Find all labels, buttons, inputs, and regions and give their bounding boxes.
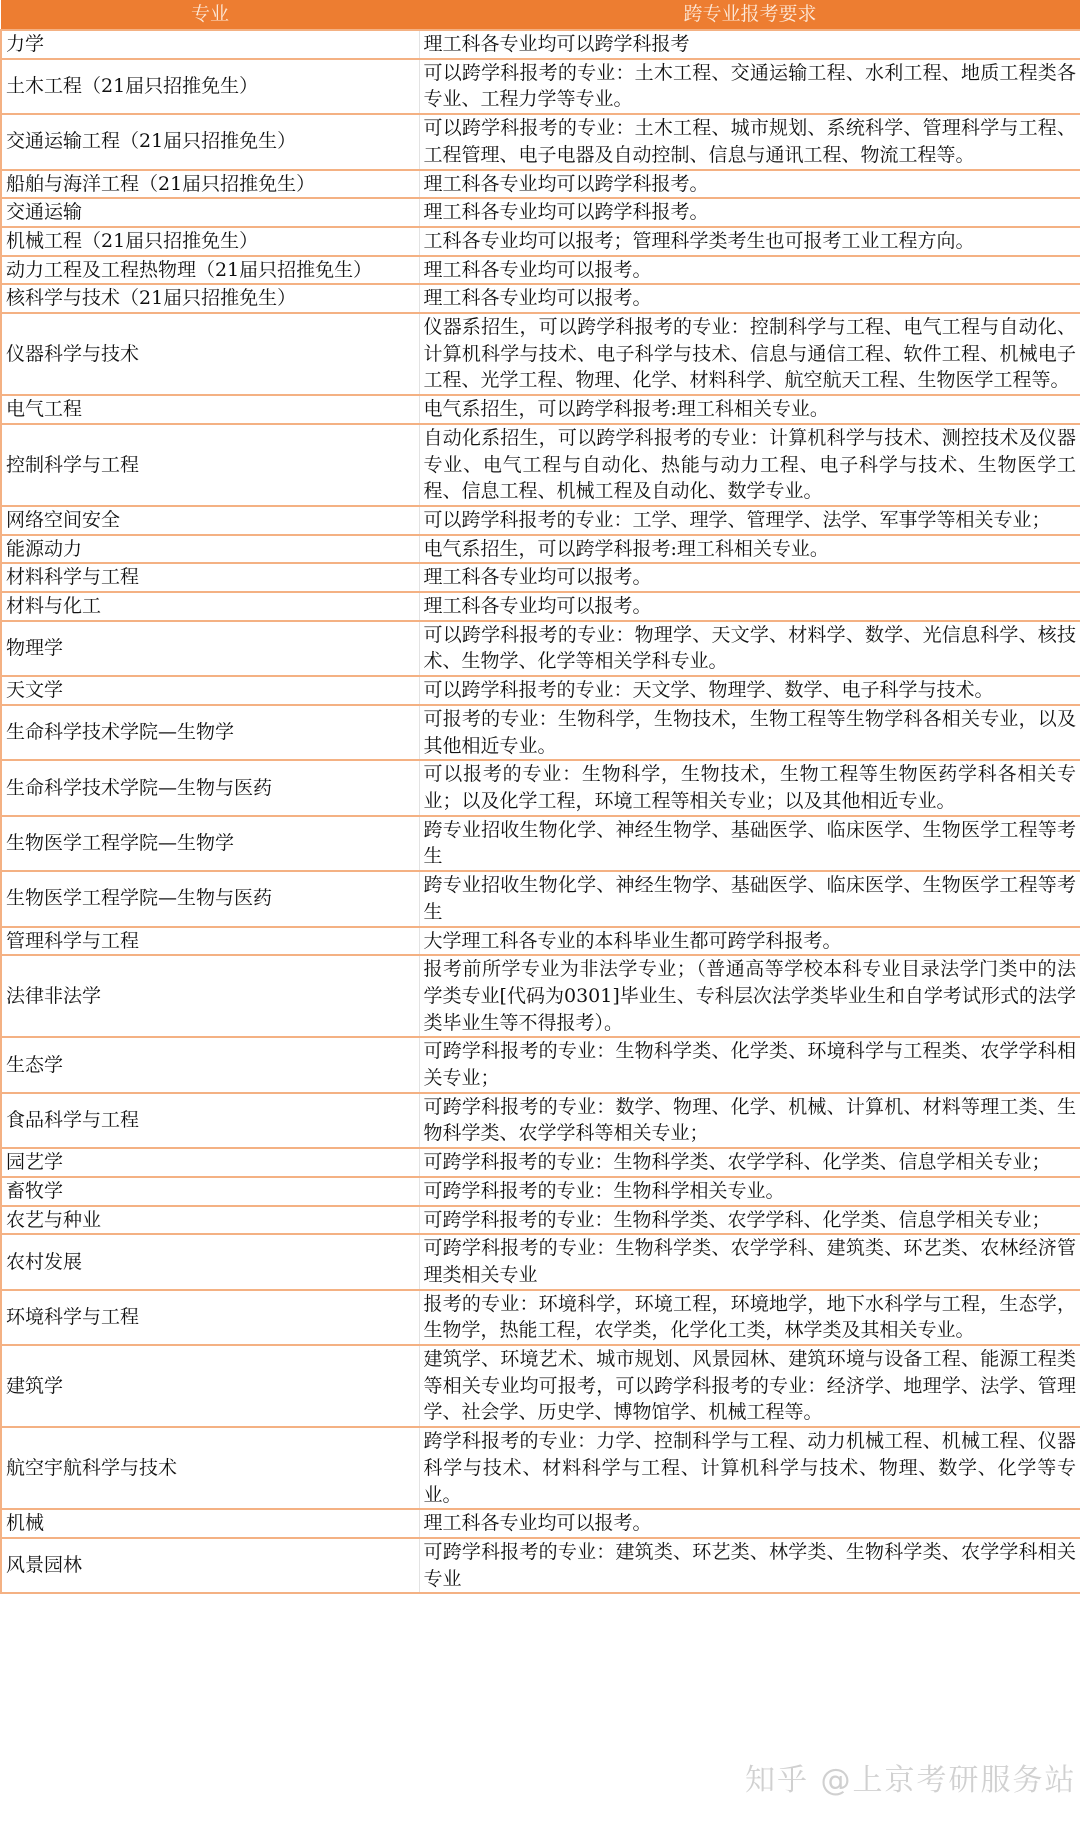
table-row: 生物医学工程学院—生物学跨专业招收生物化学、神经生物学、基础医学、临床医学、生物… (1, 816, 1080, 871)
table-row: 电气工程电气系招生，可以跨学科报考:理工科相关专业。 (1, 395, 1080, 424)
table-row: 能源动力电气系招生，可以跨学科报考:理工科相关专业。 (1, 535, 1080, 564)
requirement-cell: 理工科各专业均可以报考。 (419, 563, 1080, 592)
table-row: 网络空间安全可以跨学科报考的专业：工学、理学、管理学、法学、军事学等相关专业； (1, 506, 1080, 535)
table-header-row: 专业 跨专业报考要求 (1, 0, 1080, 30)
table-row: 材料科学与工程理工科各专业均可以报考。 (1, 563, 1080, 592)
major-cell: 能源动力 (1, 535, 419, 564)
table-row: 航空宇航科学与技术跨学科报考的专业：力学、控制科学与工程、动力机械工程、机械工程… (1, 1427, 1080, 1509)
requirement-cell: 理工科各专业均可以跨学科报考 (419, 30, 1080, 59)
major-cell: 网络空间安全 (1, 506, 419, 535)
table-row: 天文学可以跨学科报考的专业：天文学、物理学、数学、电子科学与技术。 (1, 676, 1080, 705)
requirement-cell: 理工科各专业均可以跨学科报考。 (419, 198, 1080, 227)
requirement-cell: 理工科各专业均可以报考。 (419, 284, 1080, 313)
major-cell: 交通运输工程（21届只招推免生） (1, 114, 419, 169)
major-cell: 生命科学技术学院—生物学 (1, 705, 419, 760)
cross-major-requirements-table: 专业 跨专业报考要求 力学理工科各专业均可以跨学科报考 土木工程（21届只招推免… (0, 0, 1080, 1594)
major-cell: 生物医学工程学院—生物与医药 (1, 871, 419, 926)
table-row: 仪器科学与技术仪器系招生，可以跨学科报考的专业：控制科学与工程、电气工程与自动化… (1, 313, 1080, 395)
table-row: 农村发展可跨学科报考的专业：生物科学类、农学学科、建筑类、环艺类、农林经济管理类… (1, 1234, 1080, 1289)
major-cell: 材料与化工 (1, 592, 419, 621)
requirement-cell: 理工科各专业均可以报考。 (419, 1509, 1080, 1538)
requirement-cell: 可以跨学科报考的专业：物理学、天文学、材料学、数学、光信息科学、核技术、生物学、… (419, 621, 1080, 676)
major-cell: 核科学与技术（21届只招推免生） (1, 284, 419, 313)
major-cell: 天文学 (1, 676, 419, 705)
table-row: 交通运输工程（21届只招推免生）可以跨学科报考的专业：土木工程、城市规划、系统科… (1, 114, 1080, 169)
table-row: 法律非法学报考前所学专业为非法学专业；（普通高等学校本科专业目录法学门类中的法学… (1, 955, 1080, 1037)
requirement-cell: 可以报考的专业：生物科学，生物技术，生物工程等生物医药学科各相关专业；以及化学工… (419, 760, 1080, 815)
requirement-cell: 可跨学科报考的专业：生物科学类、化学类、环境科学与工程类、农学学科相关专业； (419, 1037, 1080, 1092)
requirement-cell: 可跨学科报考的专业：建筑类、环艺类、林学类、生物科学类、农学学科相关专业 (419, 1538, 1080, 1593)
major-cell: 建筑学 (1, 1345, 419, 1427)
major-cell: 控制科学与工程 (1, 424, 419, 506)
requirement-cell: 可跨学科报考的专业：生物科学类、农学学科、化学类、信息学相关专业； (419, 1206, 1080, 1235)
major-cell: 材料科学与工程 (1, 563, 419, 592)
requirement-cell: 理工科各专业均可以报考。 (419, 256, 1080, 285)
major-cell: 园艺学 (1, 1148, 419, 1177)
header-requirement: 跨专业报考要求 (419, 0, 1080, 30)
requirement-cell: 自动化系招生，可以跨学科报考的专业：计算机科学与技术、测控技术及仪器专业、电气工… (419, 424, 1080, 506)
table-row: 生命科学技术学院—生物与医药可以报考的专业：生物科学，生物技术，生物工程等生物医… (1, 760, 1080, 815)
table-row: 船舶与海洋工程（21届只招推免生）理工科各专业均可以跨学科报考。 (1, 170, 1080, 199)
table-row: 管理科学与工程大学理工科各专业的本科毕业生都可跨学科报考。 (1, 927, 1080, 956)
major-cell: 土木工程（21届只招推免生） (1, 59, 419, 114)
requirement-cell: 可以跨学科报考的专业：天文学、物理学、数学、电子科学与技术。 (419, 676, 1080, 705)
table-row: 建筑学建筑学、环境艺术、城市规划、风景园林、建筑环境与设备工程、能源工程类等相关… (1, 1345, 1080, 1427)
table-row: 物理学可以跨学科报考的专业：物理学、天文学、材料学、数学、光信息科学、核技术、生… (1, 621, 1080, 676)
table-row: 农艺与种业可跨学科报考的专业：生物科学类、农学学科、化学类、信息学相关专业； (1, 1206, 1080, 1235)
major-cell: 电气工程 (1, 395, 419, 424)
table-row: 控制科学与工程自动化系招生，可以跨学科报考的专业：计算机科学与技术、测控技术及仪… (1, 424, 1080, 506)
table-row: 机械理工科各专业均可以报考。 (1, 1509, 1080, 1538)
requirement-cell: 可跨学科报考的专业：生物科学类、农学学科、化学类、信息学相关专业； (419, 1148, 1080, 1177)
requirement-cell: 理工科各专业均可以报考。 (419, 592, 1080, 621)
major-cell: 生态学 (1, 1037, 419, 1092)
watermark: 知乎 @上京考研服务站 (745, 1755, 1077, 1799)
table-row: 食品科学与工程可跨学科报考的专业：数学、物理、化学、机械、计算机、材料等理工类、… (1, 1093, 1080, 1148)
table-row: 环境科学与工程报考的专业：环境科学，环境工程，环境地学，地下水科学与工程，生态学… (1, 1290, 1080, 1345)
major-cell: 仪器科学与技术 (1, 313, 419, 395)
major-cell: 法律非法学 (1, 955, 419, 1037)
table-row: 动力工程及工程热物理（21届只招推免生）理工科各专业均可以报考。 (1, 256, 1080, 285)
header-major: 专业 (1, 0, 419, 30)
requirement-cell: 可以跨学科报考的专业：土木工程、交通运输工程、水利工程、地质工程类各专业、工程力… (419, 59, 1080, 114)
requirement-cell: 电气系招生，可以跨学科报考:理工科相关专业。 (419, 395, 1080, 424)
table-row: 土木工程（21届只招推免生）可以跨学科报考的专业：土木工程、交通运输工程、水利工… (1, 59, 1080, 114)
major-cell: 管理科学与工程 (1, 927, 419, 956)
requirement-cell: 可跨学科报考的专业：数学、物理、化学、机械、计算机、材料等理工类、生物科学类、农… (419, 1093, 1080, 1148)
major-cell: 物理学 (1, 621, 419, 676)
requirement-cell: 工科各专业均可以报考；管理科学类考生也可报考工业工程方向。 (419, 227, 1080, 256)
requirement-cell: 大学理工科各专业的本科毕业生都可跨学科报考。 (419, 927, 1080, 956)
requirement-cell: 可跨学科报考的专业：生物科学类、农学学科、建筑类、环艺类、农林经济管理类相关专业 (419, 1234, 1080, 1289)
major-cell: 环境科学与工程 (1, 1290, 419, 1345)
requirement-cell: 报考的专业：环境科学，环境工程，环境地学，地下水科学与工程，生态学，生物学，热能… (419, 1290, 1080, 1345)
requirement-cell: 可报考的专业：生物科学，生物技术，生物工程等生物学科各相关专业，以及其他相近专业… (419, 705, 1080, 760)
major-cell: 交通运输 (1, 198, 419, 227)
requirement-cell: 跨学科报考的专业：力学、控制科学与工程、动力机械工程、机械工程、仪器科学与技术、… (419, 1427, 1080, 1509)
requirement-cell: 可跨学科报考的专业：生物科学相关专业。 (419, 1177, 1080, 1206)
major-cell: 航空宇航科学与技术 (1, 1427, 419, 1509)
major-cell: 风景园林 (1, 1538, 419, 1593)
table-row: 核科学与技术（21届只招推免生）理工科各专业均可以报考。 (1, 284, 1080, 313)
major-cell: 机械工程（21届只招推免生） (1, 227, 419, 256)
major-cell: 食品科学与工程 (1, 1093, 419, 1148)
major-cell: 力学 (1, 30, 419, 59)
major-cell: 机械 (1, 1509, 419, 1538)
requirement-cell: 跨专业招收生物化学、神经生物学、基础医学、临床医学、生物医学工程等考生 (419, 816, 1080, 871)
major-cell: 生命科学技术学院—生物与医药 (1, 760, 419, 815)
major-cell: 农村发展 (1, 1234, 419, 1289)
requirement-cell: 理工科各专业均可以跨学科报考。 (419, 170, 1080, 199)
table-row: 交通运输理工科各专业均可以跨学科报考。 (1, 198, 1080, 227)
table-row: 生态学可跨学科报考的专业：生物科学类、化学类、环境科学与工程类、农学学科相关专业… (1, 1037, 1080, 1092)
table-row: 机械工程（21届只招推免生）工科各专业均可以报考；管理科学类考生也可报考工业工程… (1, 227, 1080, 256)
major-cell: 农艺与种业 (1, 1206, 419, 1235)
requirement-cell: 仪器系招生，可以跨学科报考的专业：控制科学与工程、电气工程与自动化、计算机科学与… (419, 313, 1080, 395)
table-row: 园艺学可跨学科报考的专业：生物科学类、农学学科、化学类、信息学相关专业； (1, 1148, 1080, 1177)
major-cell: 船舶与海洋工程（21届只招推免生） (1, 170, 419, 199)
major-cell: 畜牧学 (1, 1177, 419, 1206)
table-row: 力学理工科各专业均可以跨学科报考 (1, 30, 1080, 59)
table-row: 材料与化工理工科各专业均可以报考。 (1, 592, 1080, 621)
requirement-cell: 可以跨学科报考的专业：土木工程、城市规划、系统科学、管理科学与工程、工程管理、电… (419, 114, 1080, 169)
major-cell: 动力工程及工程热物理（21届只招推免生） (1, 256, 419, 285)
table-row: 生物医学工程学院—生物与医药跨专业招收生物化学、神经生物学、基础医学、临床医学、… (1, 871, 1080, 926)
requirement-cell: 电气系招生，可以跨学科报考:理工科相关专业。 (419, 535, 1080, 564)
table-row: 生命科学技术学院—生物学可报考的专业：生物科学，生物技术，生物工程等生物学科各相… (1, 705, 1080, 760)
table-row: 风景园林可跨学科报考的专业：建筑类、环艺类、林学类、生物科学类、农学学科相关专业 (1, 1538, 1080, 1593)
requirement-cell: 建筑学、环境艺术、城市规划、风景园林、建筑环境与设备工程、能源工程类等相关专业均… (419, 1345, 1080, 1427)
major-cell: 生物医学工程学院—生物学 (1, 816, 419, 871)
requirement-cell: 报考前所学专业为非法学专业；（普通高等学校本科专业目录法学门类中的法学类专业[代… (419, 955, 1080, 1037)
requirement-cell: 跨专业招收生物化学、神经生物学、基础医学、临床医学、生物医学工程等考生 (419, 871, 1080, 926)
requirement-cell: 可以跨学科报考的专业：工学、理学、管理学、法学、军事学等相关专业； (419, 506, 1080, 535)
table-row: 畜牧学可跨学科报考的专业：生物科学相关专业。 (1, 1177, 1080, 1206)
